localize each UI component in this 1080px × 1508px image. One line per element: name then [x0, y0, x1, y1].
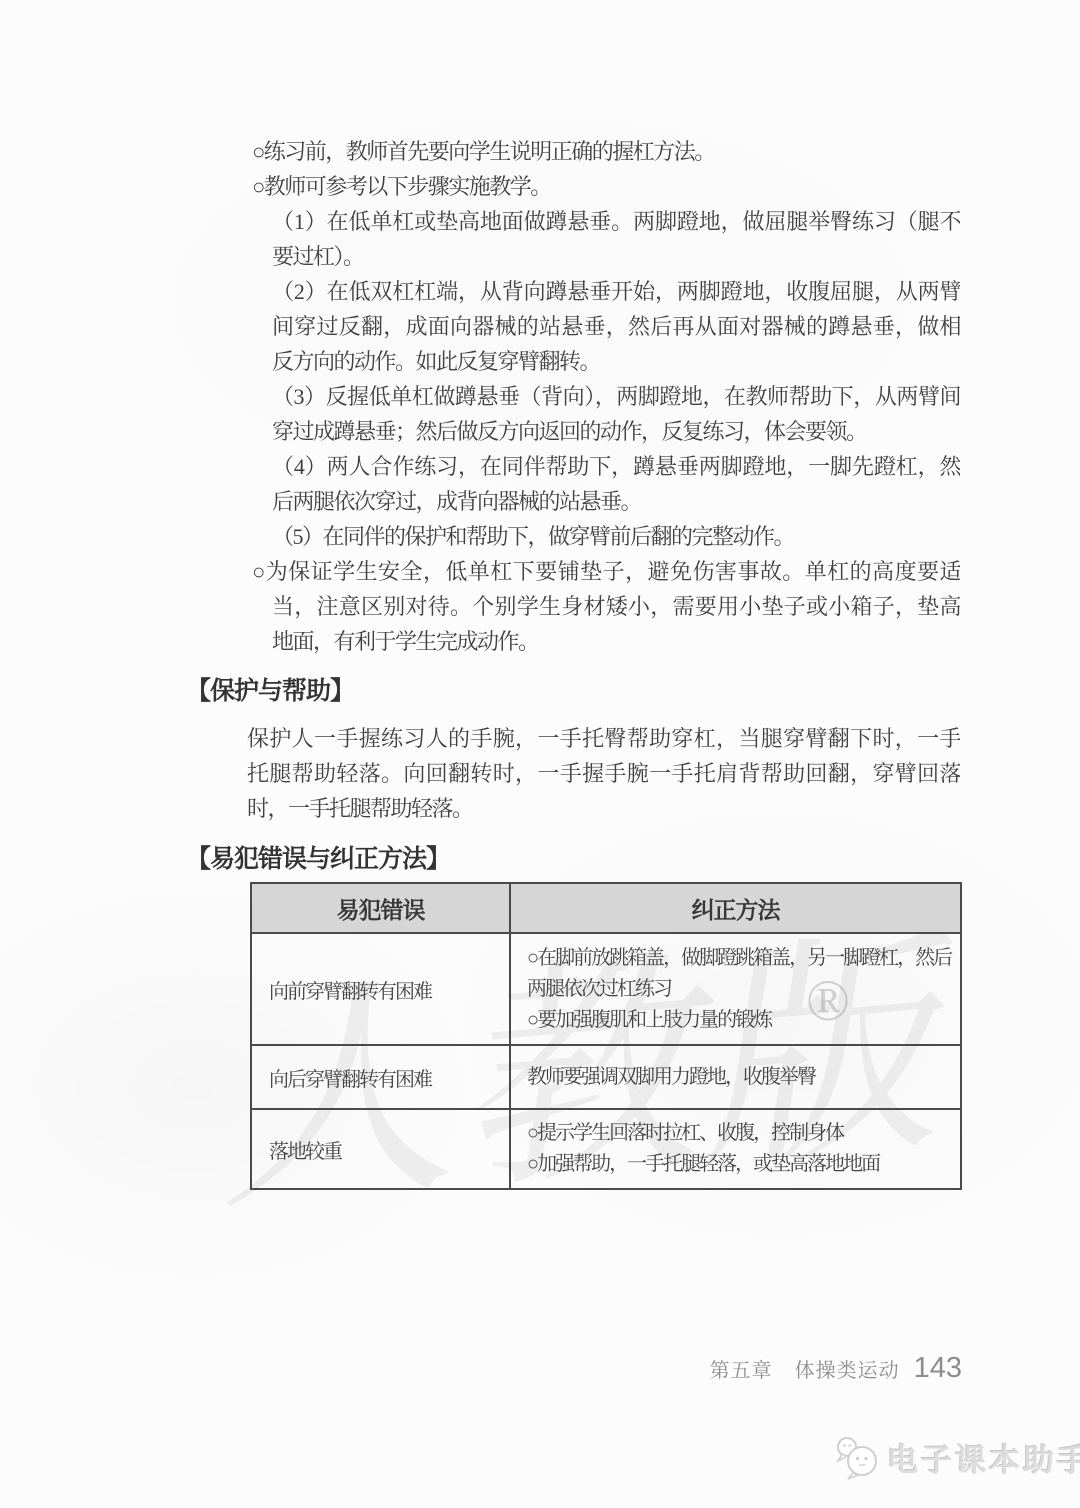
body-line: 当，注意区别对待。个别学生身材矮小，需要用小垫子或小箱子，垫高: [272, 589, 960, 624]
fix-line: ○在脚前放跳箱盖，做脚蹬跳箱盖，另一脚蹬杠，然后: [527, 943, 960, 974]
table-row: 落地较重 ○提示学生回落时拉杠、收腹，控制身体 ○加强帮助，一手托腿轻落，或垫高…: [252, 1110, 960, 1188]
section-title-protection: 【保护与帮助】: [186, 676, 354, 706]
errors-corrections-table: 易犯错误 纠正方法 向前穿臂翻转有困难 ○在脚前放跳箱盖，做脚蹬跳箱盖，另一脚蹬…: [250, 882, 962, 1190]
body-line: 时，一手托腿帮助轻落。: [247, 791, 960, 826]
brand-name: 电子课本助手: [887, 1435, 1080, 1480]
body-line: （1）在低单杠或垫高地面做蹲悬垂。两脚蹬地，做屈腿举臀练习（腿不: [272, 204, 960, 239]
body-line: （4）两人合作练习，在同伴帮助下，蹲悬垂两脚蹬地，一脚先蹬杠，然: [272, 449, 960, 484]
body-line: 反方向的动作。如此反复穿臂翻转。: [272, 344, 960, 379]
fix-line: ○要加强腹肌和上肢力量的锻炼: [527, 1005, 960, 1036]
table-header-cell: 易犯错误: [252, 884, 511, 932]
body-line: 穿过成蹲悬垂；然后做反方向返回的动作，反复练习，体会要领。: [272, 414, 960, 449]
body-line: 托腿帮助轻落。向回翻转时，一手握手腕一手托肩背帮助回翻，穿臂回落: [247, 756, 960, 791]
body-line: ○教师可参考以下步骤实施教学。: [252, 169, 960, 204]
fix-cell: ○提示学生回落时拉杠、收腹，控制身体 ○加强帮助，一手托腿轻落，或垫高落地地面: [511, 1110, 960, 1188]
body-line: ○为保证学生安全，低单杠下要铺垫子，避免伤害事故。单杠的高度要适: [252, 554, 960, 589]
error-cell: 向前穿臂翻转有困难: [252, 934, 511, 1044]
error-cell: 向后穿臂翻转有困难: [252, 1046, 511, 1108]
table-header-cell: 纠正方法: [511, 884, 960, 932]
numbered-paragraph: （5）在同伴的保护和帮助下，做穿臂前后翻的完整动作。: [252, 519, 960, 554]
fix-cell: 教师要强调双脚用力蹬地，收腹举臀: [511, 1046, 960, 1108]
body-line: 后两腿依次穿过，成背向器械的站悬垂。: [272, 484, 960, 519]
numbered-paragraph: （4）两人合作练习，在同伴帮助下，蹲悬垂两脚蹬地，一脚先蹬杠，然 后两腿依次穿过…: [252, 449, 960, 519]
fix-cell: ○在脚前放跳箱盖，做脚蹬跳箱盖，另一脚蹬杠，然后 两腿依次过杠练习 ○要加强腹肌…: [511, 934, 960, 1044]
fix-line: 两腿依次过杠练习: [527, 974, 960, 1005]
numbered-paragraph: （1）在低单杠或垫高地面做蹲悬垂。两脚蹬地，做屈腿举臀练习（腿不 要过杠）。: [252, 204, 960, 274]
teaching-steps: ○练习前，教师首先要向学生说明正确的握杠方法。 ○教师可参考以下步骤实施教学。 …: [252, 134, 960, 659]
body-line: ○练习前，教师首先要向学生说明正确的握杠方法。: [252, 134, 960, 169]
table-row: 向前穿臂翻转有困难 ○在脚前放跳箱盖，做脚蹬跳箱盖，另一脚蹬杠，然后 两腿依次过…: [252, 934, 960, 1046]
chapter-label: 第五章: [710, 1354, 773, 1383]
bullet-paragraph: ○教师可参考以下步骤实施教学。: [252, 169, 960, 204]
section-label: 体操类运动: [795, 1354, 900, 1383]
body-line: （3）反握低单杠做蹲悬垂（背向），两脚蹬地，在教师帮助下，从两臂间: [272, 379, 960, 414]
body-line: 要过杠）。: [272, 239, 960, 274]
brand-watermark: 电子课本助手: [833, 1434, 1080, 1480]
bullet-paragraph: ○为保证学生安全，低单杠下要铺垫子，避免伤害事故。单杠的高度要适 当，注意区别对…: [252, 554, 960, 659]
fix-line: ○加强帮助，一手托腿轻落，或垫高落地地面: [527, 1149, 960, 1180]
chapter-footer: 第五章 体操类运动 143: [710, 1352, 962, 1388]
chat-bubbles-logo-icon: [833, 1434, 879, 1480]
numbered-paragraph: （3）反握低单杠做蹲悬垂（背向），两脚蹬地，在教师帮助下，从两臂间 穿过成蹲悬垂…: [252, 379, 960, 449]
numbered-paragraph: （2）在低双杠杠端，从背向蹲悬垂开始，两脚蹬地，收腹屈腿，从两臂 间穿过反翻，成…: [252, 274, 960, 379]
body-line: （5）在同伴的保护和帮助下，做穿臂前后翻的完整动作。: [272, 519, 960, 554]
bullet-paragraph: ○练习前，教师首先要向学生说明正确的握杠方法。: [252, 134, 960, 169]
body-line: 地面，有利于学生完成动作。: [272, 624, 960, 659]
body-line: （2）在低双杠杠端，从背向蹲悬垂开始，两脚蹬地，收腹屈腿，从两臂: [272, 274, 960, 309]
page-number: 143: [914, 1352, 962, 1385]
fix-line: ○提示学生回落时拉杠、收腹，控制身体: [527, 1118, 960, 1149]
body-line: 间穿过反翻，成面向器械的站悬垂，然后再从面对器械的蹲悬垂，做相: [272, 309, 960, 344]
fix-line: 教师要强调双脚用力蹬地，收腹举臀: [527, 1062, 960, 1093]
error-cell: 落地较重: [252, 1110, 511, 1188]
table-header-row: 易犯错误 纠正方法: [252, 884, 960, 934]
body-line: 保护人一手握练习人的手腕，一手托臀帮助穿杠，当腿穿臂翻下时，一手: [247, 721, 960, 756]
protection-paragraph: 保护人一手握练习人的手腕，一手托臀帮助穿杠，当腿穿臂翻下时，一手 托腿帮助轻落。…: [247, 721, 960, 826]
textbook-page: 人教版 ® ○练习前，教师首先要向学生说明正确的握杠方法。 ○教师可参考以下步骤…: [0, 0, 1080, 1508]
section-title-errors: 【易犯错误与纠正方法】: [186, 844, 450, 874]
table-row: 向后穿臂翻转有困难 教师要强调双脚用力蹬地，收腹举臀: [252, 1046, 960, 1110]
